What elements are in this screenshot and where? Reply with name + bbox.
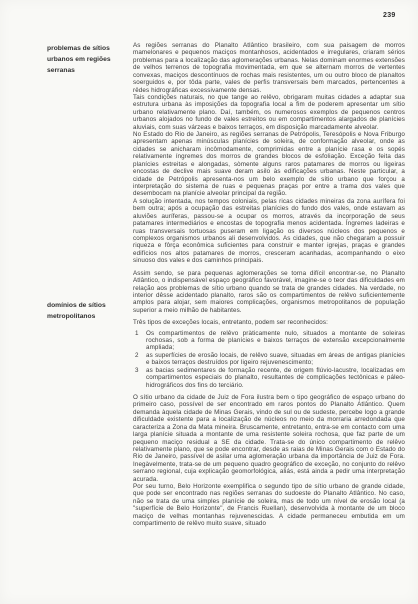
paragraph-regioes-serranas: As regiões serranas do Planalto Atlântic… (133, 42, 405, 94)
list-item-1-text: Os compartimentos de relêvo pràticamente… (146, 330, 405, 352)
list-item-1-number: 1 (135, 330, 139, 337)
list-item-2: 2 as superfícies de erosão locais, de re… (133, 352, 405, 367)
paragraph-estado-rio-de-janeiro: No Estado do Rio de Janeiro, as regiões … (133, 131, 405, 198)
margin-note-dominios-sitios-metropolitanos: domínios de sítios metropolitanos (47, 300, 131, 322)
paragraph-juiz-de-fora: O sítio urbano da cidade de Juiz de Fora… (133, 394, 405, 483)
document-page: 239 problemas de sítios urbanos em regiõ… (0, 0, 418, 604)
list-item-1: 1 Os compartimentos de relêvo pràticamen… (133, 330, 405, 352)
paragraph-tres-tipos: Três tipos de exceções locais, entretant… (133, 319, 405, 326)
paragraph-solucao-coloniais: A solução intentada, nos tempos coloniai… (133, 198, 405, 265)
body-text-column: As regiões serranas do Planalto Atlântic… (133, 42, 405, 528)
margin-note-problemas-sitios-serranas: problemas de sítios urbanos em regiões s… (47, 43, 131, 76)
list-item-3-number: 3 (135, 367, 139, 374)
paragraph-condicoes-naturais: Tais condições naturais, no que tange ao… (133, 94, 405, 131)
list-item-3-text: as bacias sedimentares de formação recen… (146, 367, 405, 389)
list-item-2-text: as superfícies de erosão locais, de relê… (146, 352, 405, 366)
page-number: 239 (383, 12, 396, 19)
paragraph-assim-sendo: Assim sendo, se para pequenas aglomeraçõ… (133, 270, 405, 315)
list-item-2-number: 2 (135, 352, 139, 359)
list-item-3: 3 as bacias sedimentares de formação rec… (133, 367, 405, 389)
paragraph-belo-horizonte: Por seu turno, Belo Horizonte exemplific… (133, 483, 405, 528)
